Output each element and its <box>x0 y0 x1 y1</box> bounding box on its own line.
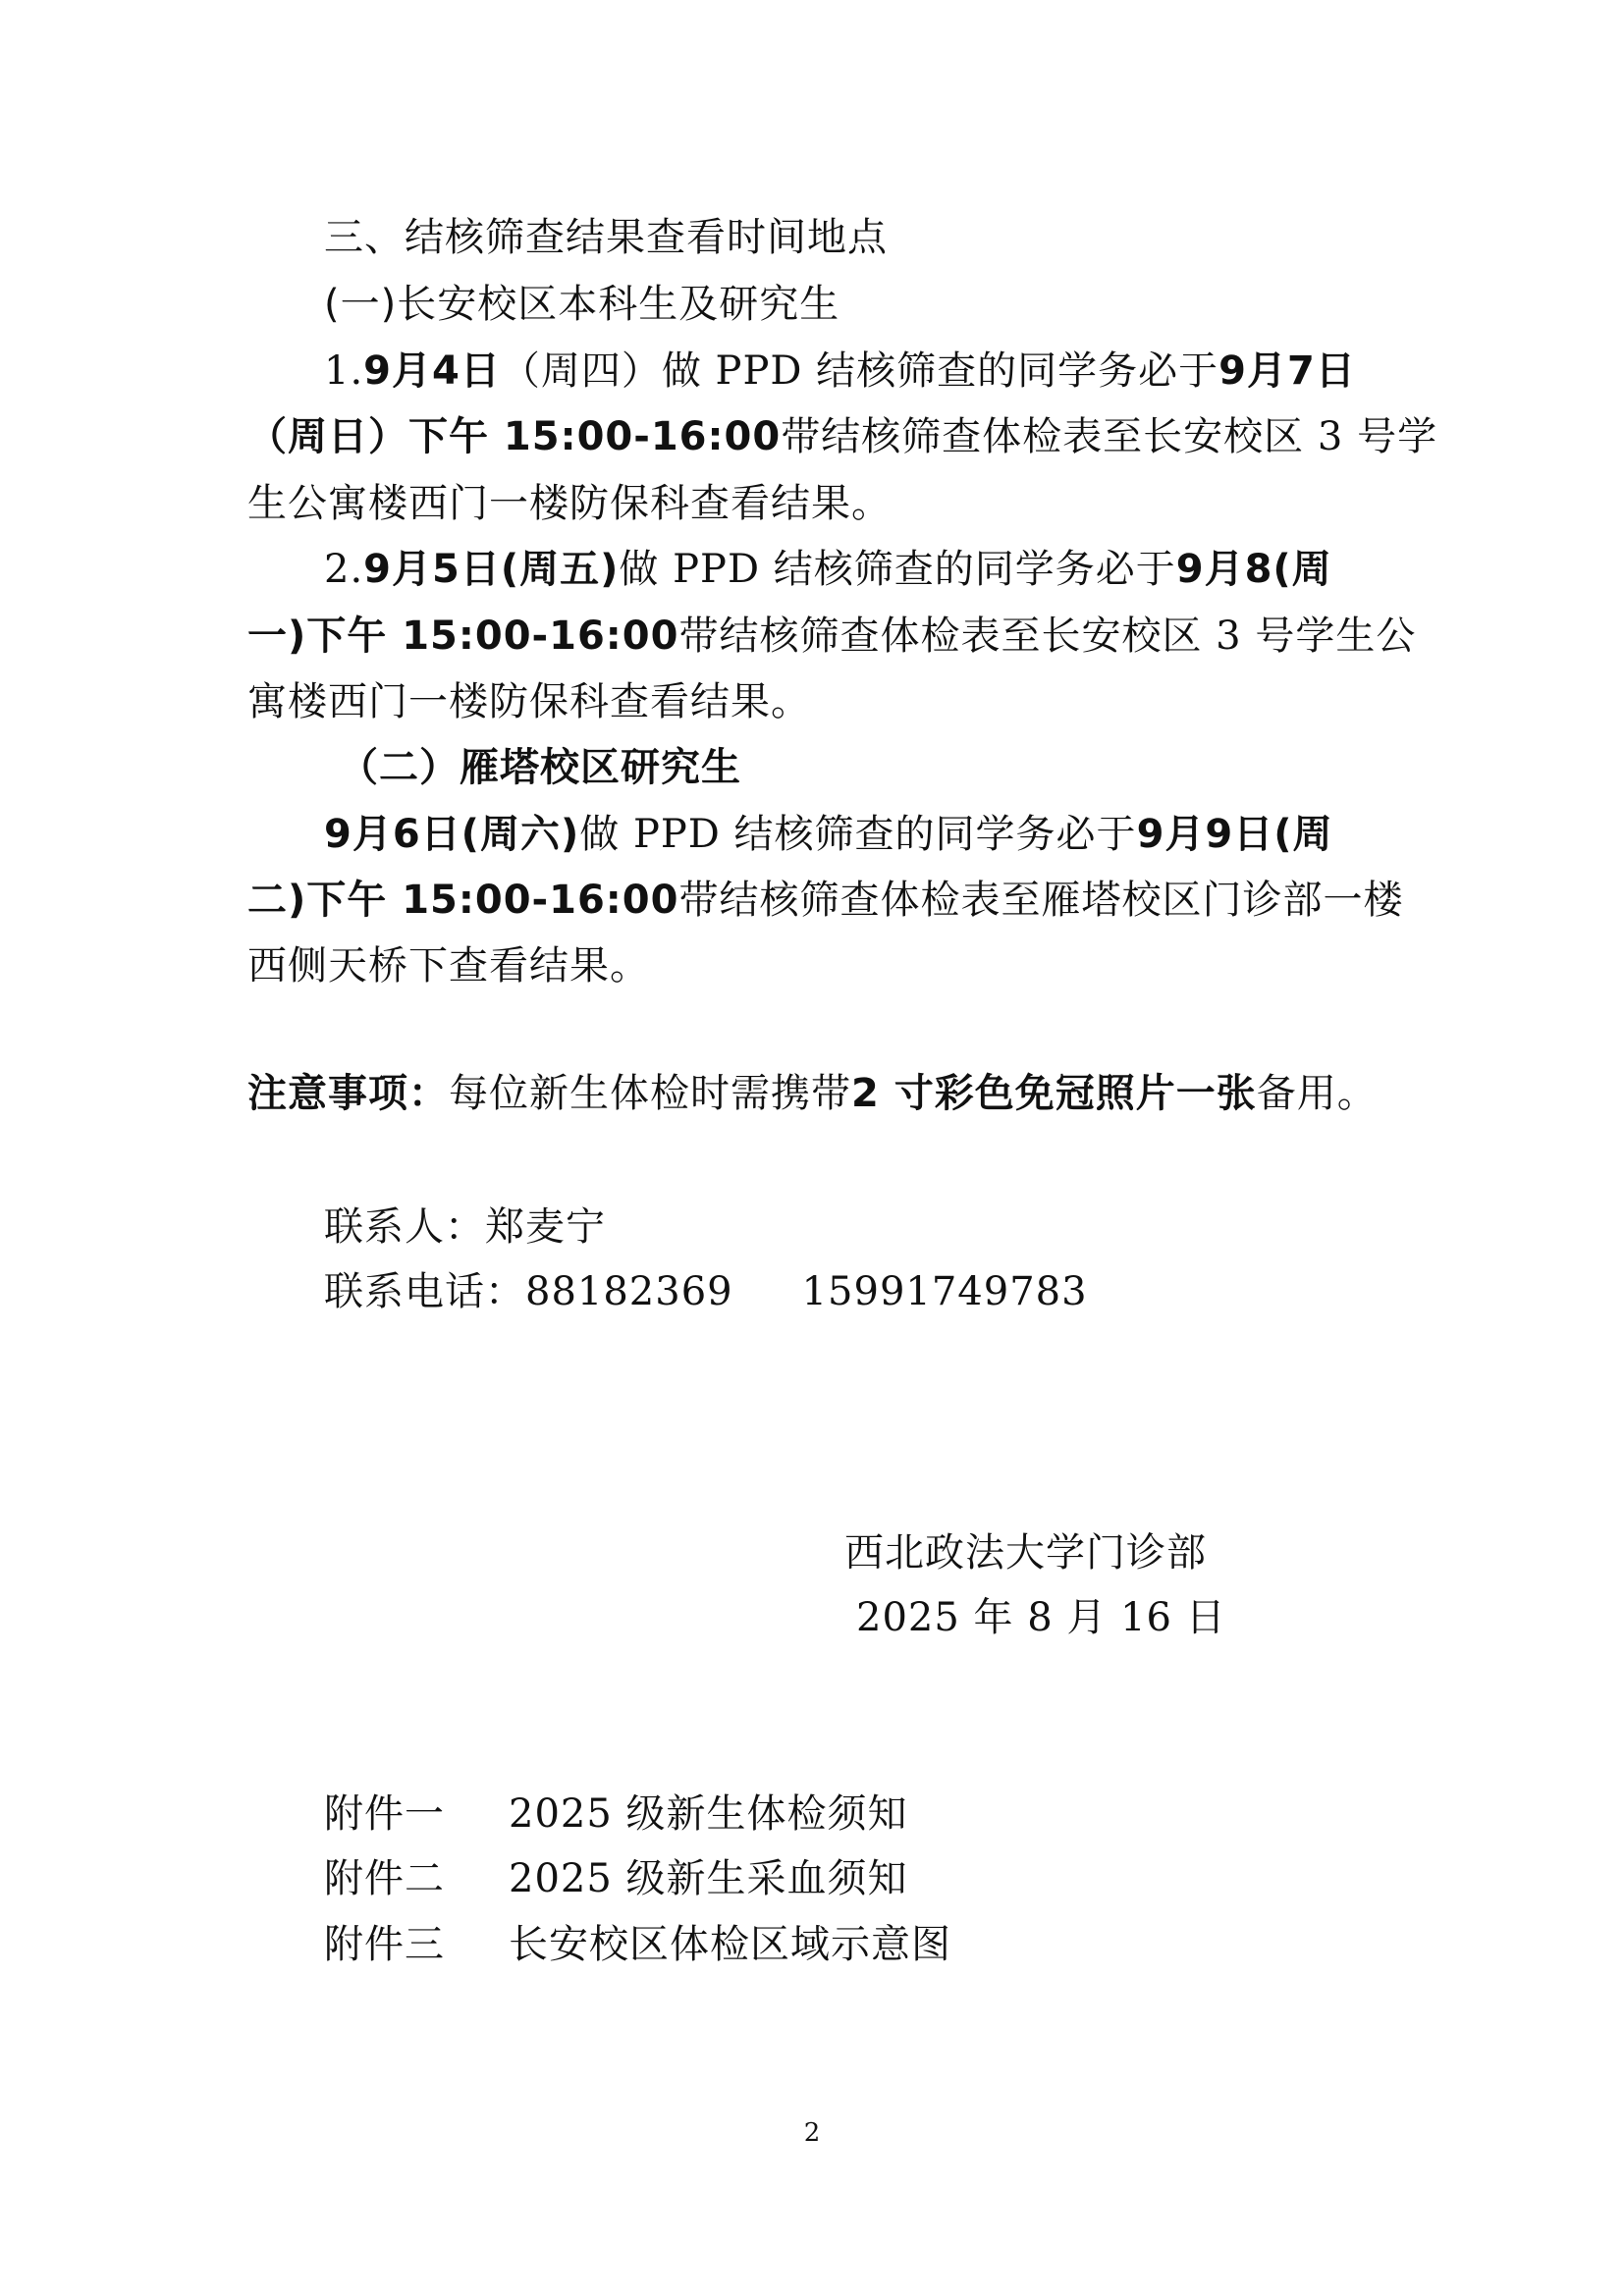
text-bold: 9月8(周 <box>1176 547 1332 592</box>
text: 1. <box>324 348 363 394</box>
paragraph-line: 9月6日(周六)做 PPD 结核筛查的同学务必于9月9日(周 <box>324 815 1333 854</box>
text-bold: 9月5日(周五) <box>363 547 619 592</box>
text: 带结核筛查体检表至长安校区 3 号学 <box>781 414 1437 459</box>
attachment-label: 附件一 <box>324 1794 509 1834</box>
attachment-title: 长安校区体检区域示意图 <box>509 1922 951 1967</box>
page-number: 2 <box>0 2118 1624 2148</box>
text-bold: 2 寸彩色免冠照片一张 <box>851 1071 1257 1116</box>
contact-phone-1: 88182369 <box>525 1269 733 1314</box>
text: 带结核筛查体检表至雁塔校区门诊部一楼 <box>678 878 1403 923</box>
paragraph-line: 寓楼西门一楼防保科查看结果。 <box>247 682 811 721</box>
attachment-label: 附件二 <box>324 1859 509 1898</box>
text: 2. <box>324 547 363 592</box>
text: 做 PPD 结核筛查的同学务必于 <box>619 547 1175 592</box>
signature-date: 2025 年 8 月 16 日 <box>856 1598 1226 1637</box>
subsection-heading-yanta: （二）雁塔校区研究生 <box>339 748 741 787</box>
attachment-title: 2025 级新生采血须知 <box>509 1856 908 1901</box>
text-bold: 9月9日(周 <box>1137 812 1333 857</box>
contact-person: 联系人：郑麦宁 <box>324 1207 606 1247</box>
text: 备用。 <box>1257 1071 1378 1116</box>
paragraph-line: 一)下午 15:00-16:00带结核筛查体检表至长安校区 3 号学生公 <box>247 616 1416 656</box>
text: （周四）做 PPD 结核筛查的同学务必于 <box>501 348 1218 394</box>
attachment-label: 附件三 <box>324 1925 509 1964</box>
paragraph-line: 2.9月5日(周五)做 PPD 结核筛查的同学务必于9月8(周 <box>324 550 1332 589</box>
contact-phone-label: 联系电话： <box>324 1269 525 1314</box>
attachment-item: 附件二2025 级新生采血须知 <box>324 1859 908 1898</box>
text: 带结核筛查体检表至长安校区 3 号学生公 <box>678 614 1416 659</box>
text-bold: 9月4日 <box>363 348 501 394</box>
attachment-item: 附件三长安校区体检区域示意图 <box>324 1925 951 1964</box>
attachment-title: 2025 级新生体检须知 <box>509 1791 908 1837</box>
contact-phone: 联系电话：8818236915991749783 <box>324 1272 1088 1311</box>
text-bold: （周日）下午 15:00-16:00 <box>247 414 781 459</box>
contact-phone-2: 15991749783 <box>802 1269 1088 1314</box>
text-bold: 9月6日(周六) <box>324 812 579 857</box>
contact-person-label: 联系人： <box>324 1204 485 1250</box>
text: 每位新生体检时需携带 <box>449 1071 851 1116</box>
signature-org: 西北政法大学门诊部 <box>844 1533 1207 1573</box>
paragraph-line: 生公寓楼西门一楼防保科查看结果。 <box>247 484 892 523</box>
text-bold: 9月7日 <box>1218 348 1356 394</box>
paragraph-line: 1.9月4日（周四）做 PPD 结核筛查的同学务必于9月7日 <box>324 351 1356 391</box>
paragraph-line: 西侧天桥下查看结果。 <box>247 946 650 986</box>
text-bold: 二)下午 15:00-16:00 <box>247 878 678 923</box>
notice: 注意事项：每位新生体检时需携带2 寸彩色免冠照片一张备用。 <box>247 1074 1378 1113</box>
paragraph-line: 二)下午 15:00-16:00带结核筛查体检表至雁塔校区门诊部一楼 <box>247 881 1403 920</box>
text-bold: 一)下午 15:00-16:00 <box>247 614 678 659</box>
paragraph-line: （周日）下午 15:00-16:00带结核筛查体检表至长安校区 3 号学 <box>247 417 1437 456</box>
text: 做 PPD 结核筛查的同学务必于 <box>579 812 1136 857</box>
notice-label: 注意事项： <box>247 1071 449 1116</box>
attachment-item: 附件一2025 级新生体检须知 <box>324 1794 908 1834</box>
contact-person-name: 郑麦宁 <box>485 1204 606 1250</box>
section-heading: 三、结核筛查结果查看时间地点 <box>324 218 888 257</box>
subsection-heading-changan: (一)长安校区本科生及研究生 <box>324 285 839 324</box>
